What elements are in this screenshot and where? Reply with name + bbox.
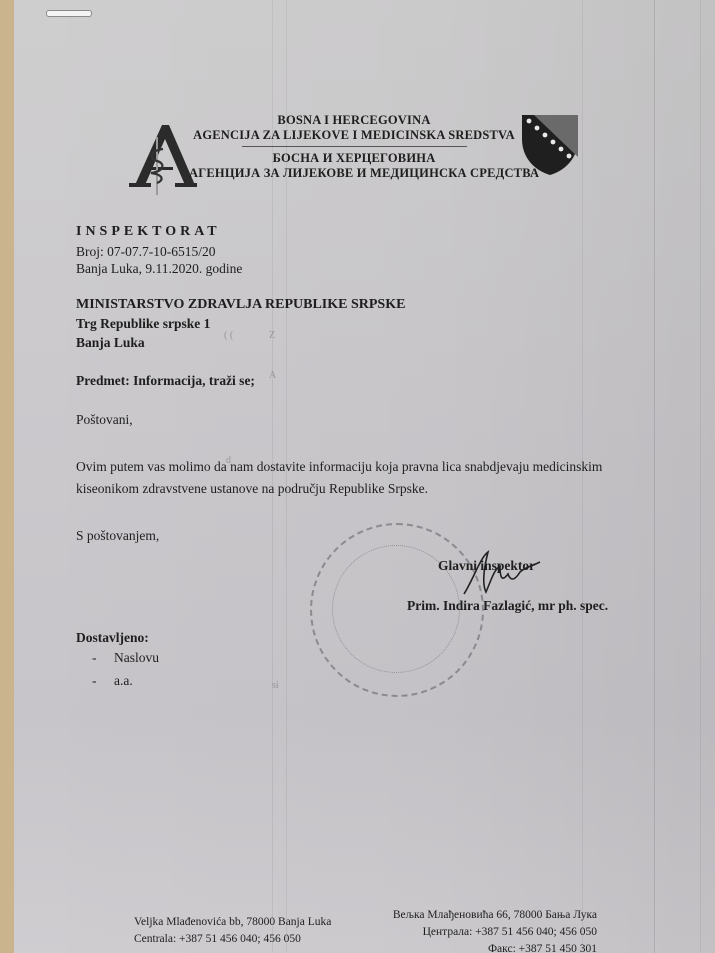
recipient-street: Trg Republike srpske 1 <box>76 316 210 332</box>
bleed-through-mark: ( ( <box>224 330 233 341</box>
footer-left-phone: Centrala: +387 51 456 040; 456 050 <box>134 931 331 948</box>
body-line-2: kiseonikom zdravstvene ustanove na podru… <box>76 481 428 497</box>
signatory-name: Prim. Indira Fazlagić, mr ph. spec. <box>407 598 608 614</box>
footer-right-street: Вељка Млађеновића 66, 78000 Бања Лука <box>393 907 597 924</box>
bleed-through-mark: si <box>272 680 279 691</box>
subject-line: Predmet: Informacija, traži se; <box>76 373 255 389</box>
place-and-date: Banja Luka, 9.11.2020. godine <box>76 261 242 277</box>
footer-right-fax: Факс: +387 51 450 301 <box>393 941 597 953</box>
agency-logo-icon <box>127 123 197 195</box>
recipient-name: MINISTARSTVO ZDRAVLJA REPUBLIKE SRPSKE <box>76 297 405 313</box>
greeting: Poštovani, <box>76 412 133 428</box>
header-divider <box>242 146 467 147</box>
header-agency-cyrillic: АГЕНЦИЈА ЗА ЛИЈЕКОВЕ И МЕДИЦИНСКА СРЕДСТ… <box>189 166 519 181</box>
footer-right-phone: Централа: +387 51 456 040; 456 050 <box>393 924 597 941</box>
delivered-bullet-2: - <box>92 673 97 689</box>
header-country-latin: BOSNA I HERCEGOVINA <box>189 113 519 128</box>
signatory-title: Glavni inspektor <box>438 558 535 574</box>
staple-mark <box>46 10 92 17</box>
coat-of-arms-icon <box>520 113 580 177</box>
scanned-letter-page: BOSNA I HERCEGOVINA AGENCIJA ZA LIJEKOVE… <box>14 0 715 953</box>
delivered-item-1: Naslovu <box>114 650 159 666</box>
footer-left-street: Veljka Mlađenovića bb, 78000 Banja Luka <box>134 914 331 931</box>
delivered-item-2: a.a. <box>114 673 133 689</box>
reference-number: Broj: 07-07.7-10-6515/20 <box>76 244 216 260</box>
header-country-cyrillic: БОСНА И ХЕРЦЕГОВИНА <box>189 151 519 166</box>
bleed-through-mark: d <box>226 455 231 466</box>
delivered-label: Dostavljeno: <box>76 630 149 646</box>
footer-address-cyrillic: Вељка Млађеновића 66, 78000 Бања Лука Це… <box>393 907 597 953</box>
agency-header: BOSNA I HERCEGOVINA AGENCIJA ZA LIJEKOVE… <box>189 113 519 181</box>
header-agency-latin: AGENCIJA ZA LIJEKOVE I MEDICINSKA SREDST… <box>189 128 519 143</box>
body-line-1: Ovim putem vas molimo da nam dostavite i… <box>76 459 602 475</box>
recipient-city: Banja Luka <box>76 335 145 351</box>
delivered-bullet-1: - <box>92 650 97 666</box>
footer-address-latin: Veljka Mlađenovića bb, 78000 Banja Luka … <box>134 914 331 948</box>
bleed-through-mark: A <box>269 370 276 381</box>
bleed-through-mark: Z <box>269 330 275 341</box>
closing: S poštovanjem, <box>76 528 159 544</box>
department-name: INSPEKTORAT <box>76 224 221 240</box>
